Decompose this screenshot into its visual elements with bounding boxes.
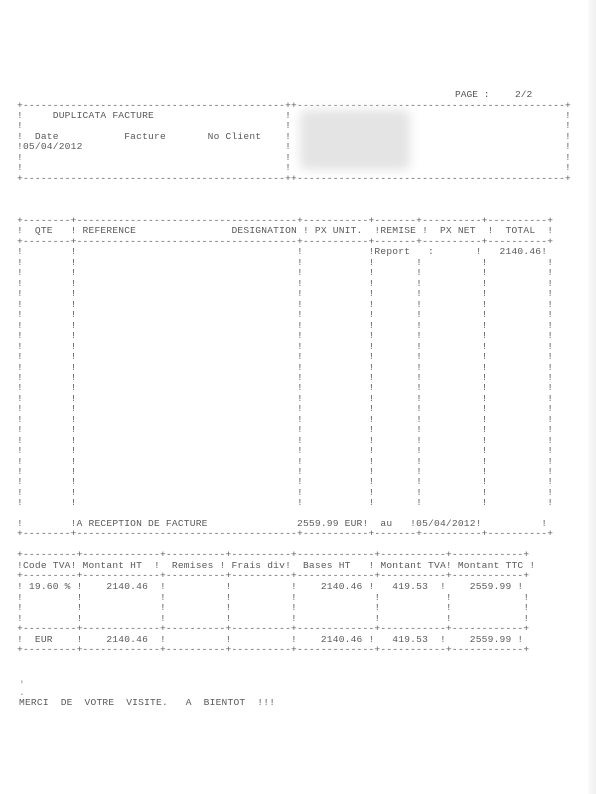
empty-line-row: ! ! ! ! ! ! ! (17, 404, 553, 414)
lines-header-row: ! QTE ! REFERENCE DESIGNATION ! PX UNIT.… (17, 226, 553, 236)
empty-line-row: ! ! ! ! ! ! ! (17, 268, 553, 278)
vat-empty-row: ! ! ! ! ! ! ! ! (17, 603, 529, 613)
header-row: ! ! ! (17, 121, 571, 131)
empty-line-row: ! ! ! ! ! ! ! (17, 425, 553, 435)
empty-line-row: ! ! ! ! ! ! ! (17, 383, 553, 393)
empty-line-row: ! ! ! ! ! ! ! (17, 446, 553, 456)
vat-total-border: +---------+-------------+----------+----… (17, 624, 529, 634)
empty-line-row: ! ! ! ! ! ! ! (17, 289, 553, 299)
vat-rate-row: ! 19.60 % ! 2140.46 ! ! ! 2140.46 ! 419.… (17, 582, 523, 592)
vat-border-bottom: +---------+-------------+----------+----… (17, 645, 529, 655)
header-row: ! ! ! (17, 163, 571, 173)
empty-line-row: ! ! ! ! ! ! ! (17, 331, 553, 341)
thank-you-message: MERCI DE VOTRE VISITE. A BIENTOT !!! (19, 698, 275, 708)
page-number: 2/2 (515, 90, 532, 100)
vat-border-top: +---------+-------------+----------+----… (17, 550, 529, 560)
empty-line-row: ! ! ! ! ! ! ! (17, 477, 553, 487)
empty-line-row: ! ! ! ! ! ! ! (17, 352, 553, 362)
page-edge (588, 0, 596, 794)
empty-line-row: ! ! ! ! ! ! ! (17, 363, 553, 373)
report-row: ! ! ! !Report : ! 2140.46! (17, 247, 547, 257)
page-label: PAGE : (455, 90, 490, 100)
vat-header-border: +---------+-------------+----------+----… (17, 571, 529, 581)
header-border-bottom: +---------------------------------------… (17, 174, 571, 184)
header-values-row: !05/04/2012 ! ! (17, 142, 571, 152)
lines-border-bottom: +--------+------------------------------… (17, 529, 553, 539)
empty-line-row: ! ! ! ! ! ! ! (17, 498, 553, 508)
empty-line-row: ! ! ! ! ! ! ! (17, 310, 553, 320)
redacted-address (300, 110, 410, 170)
